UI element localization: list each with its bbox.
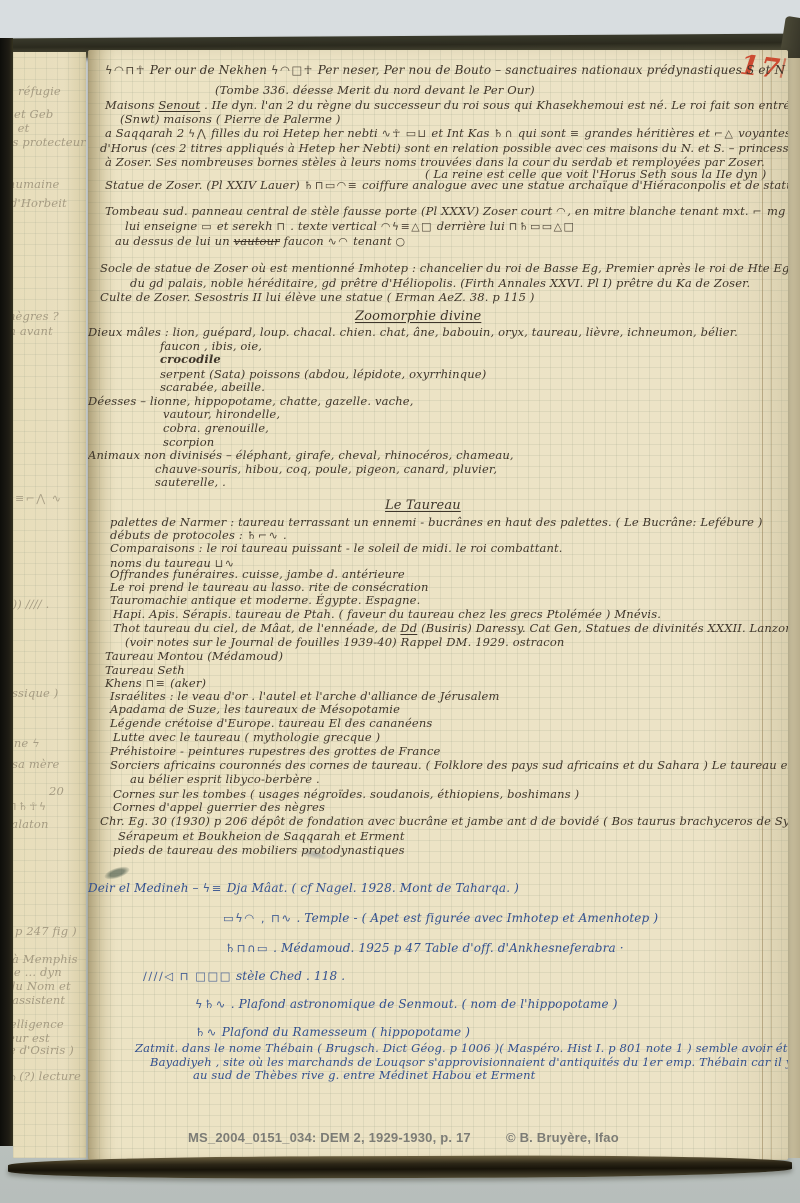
hieroglyph-group: ∿☥: [382, 127, 402, 140]
hieroglyph-group: ♄∩: [493, 127, 514, 140]
text-run: scorpion: [163, 435, 214, 449]
pencil-fragment: ⊓♄☥ϟ: [13, 800, 48, 813]
text-run: ns protecteurs: [13, 135, 86, 149]
manuscript-page: 17 MS_2004_0151_034: DEM 2, 1929-1930, p…: [88, 50, 788, 1160]
hieroglyph-group: ϟ◠⊓☥: [105, 63, 146, 77]
hieroglyph-group: ⌐△: [714, 127, 735, 140]
text-run: p 247 fig ): [15, 924, 77, 938]
text-run: serpent (Sata) poissons (abdou, lépidote…: [160, 367, 486, 381]
text-run: .: [279, 528, 287, 542]
page-bottom-edge: [8, 1155, 792, 1180]
text-run: coiffure analogue avec une statue archaï…: [358, 178, 788, 192]
text-run: l et: [13, 121, 29, 135]
text-run: au bélier esprit libyco-berbère .: [130, 772, 320, 786]
handwritten-line: du gd palais, noble héréditaire, gd prêt…: [130, 277, 750, 290]
text-run: , en mitre blanche tenant mxt.: [567, 204, 752, 218]
handwritten-line: crocodile: [160, 353, 221, 366]
text-run: l'assistent: [13, 993, 65, 1007]
text-run: . Temple - ( Apet est figurée avec Imhot…: [293, 911, 659, 925]
text-run: lui enseigne: [125, 219, 201, 233]
text-run: et serekh: [213, 219, 276, 233]
handwritten-line: Zatmit. dans le nome Thébain ( Brugsch. …: [135, 1042, 788, 1055]
handwritten-line: ▭ϟ◠ , ⊓∿ . Temple - ( Apet est figurée a…: [223, 912, 658, 925]
pencil-fragment: et Geb: [14, 108, 53, 121]
text-run: voyantes: [734, 126, 788, 140]
hieroglyph-group: ▭ϟ◠ , ⊓∿: [223, 911, 293, 925]
text-run: grandes héritières et: [581, 126, 714, 140]
text-run: Cornes sur les tombes ( usages négroïdes…: [113, 787, 579, 801]
hieroglyph-group: ♄⊓∩▭: [225, 941, 269, 955]
text-run: Hapi. Apis. Sérapis. taureau de Ptah. ( …: [113, 607, 661, 621]
text-run: . texte vertical: [286, 219, 380, 233]
handwritten-line: pieds de taureau des mobiliers protodyna…: [113, 844, 405, 857]
handwritten-line: ♄⊓∩▭ . Médamoud. 1925 p 47 Table d'off. …: [225, 942, 624, 955]
hieroglyph-group: ϟ♄∿: [195, 997, 227, 1011]
text-run: le … dyn: [13, 965, 62, 979]
hieroglyph-group: ⊓♄▭▭△□: [509, 220, 576, 233]
pencil-fragment: 'alaton: [13, 818, 49, 831]
text-run: derrière lui: [433, 219, 509, 233]
text-run: Socle de statue de Zoser où est mentionn…: [100, 261, 788, 275]
text-run: Israélites : le veau d'or . l'autel et l…: [110, 689, 500, 703]
text-run: Per our de Nekhen: [146, 63, 271, 77]
handwritten-line: ∕∕∕∕◁ ⊓ □□□ stèle Ched . 118 .: [143, 970, 345, 983]
handwritten-line: Cornes d'appel guerrier des nègres: [113, 801, 325, 814]
hieroglyph-group: ∿◠: [328, 235, 350, 248]
handwritten-line: Comparaisons : le roi taureau puissant -…: [110, 542, 563, 555]
text-run: faucon , ibis, oie,: [160, 339, 262, 353]
text-run: débuts de protocoles :: [110, 528, 247, 542]
text-run: Tauromachie antique et moderne. Égypte. …: [110, 593, 420, 607]
handwritten-line: au bélier esprit libyco-berbère .: [130, 773, 320, 786]
hieroglyph-group: ≡: [570, 127, 581, 140]
handwritten-line: Chr. Eg. 30 (1930) p 206 dépôt de fondat…: [100, 815, 788, 828]
hieroglyph-group: ▭⊔: [406, 127, 428, 140]
text-run: Lutte avec le taureau ( mythologie grecq…: [113, 730, 380, 744]
text-run: et Int Kas: [428, 126, 494, 140]
text-run: ine ϟ: [13, 736, 40, 750]
notebook-spine: [0, 38, 13, 1146]
hieroglyph-group: ⊓: [276, 220, 286, 233]
pencil-fragment: ine ϟ: [13, 737, 40, 750]
text-run: Maisons: [105, 98, 158, 112]
handwritten-line: lui enseigne ▭ et serekh ⊓ . texte verti…: [125, 220, 575, 233]
hieroglyph-group: ϟ◠□☥: [271, 63, 314, 77]
text-run: Per neser, Per nou de Bouto – sanctuaire…: [314, 63, 785, 77]
handwritten-line: (Tombe 336. déesse Merit du nord devant …: [215, 84, 535, 97]
text-run: scarabée, abeille.: [160, 380, 265, 394]
text-run: . IIe dyn. l'an 2 du règne du successeur…: [200, 98, 788, 112]
text-run: au dessus de lui un: [115, 234, 234, 248]
text-run: Statue de Zoser. (Pl XXIV Lauer): [105, 178, 304, 192]
text-run: réfugie: [18, 84, 61, 98]
text-run: Senout: [158, 98, 200, 112]
text-run: du gd palais, noble héréditaire, gd prêt…: [130, 276, 750, 290]
handwritten-line: ϟ♄∿ . Plafond astronomique de Senmout. (…: [195, 998, 618, 1011]
text-run: . Plafond astronomique de Senmout. ( nom…: [227, 997, 618, 1011]
pencil-fragment: nègres ?: [13, 310, 59, 323]
text-run: sauterelle, .: [155, 475, 226, 489]
hieroglyph-group: ⊓♄☥ϟ: [13, 800, 48, 813]
copyright-notice: © B. Bruyère, Ifao: [506, 1130, 619, 1145]
text-run: maisons ( Pierre de Palerme ): [160, 112, 341, 126]
pencil-fragment: ns protecteurs: [13, 136, 86, 149]
text-run: Le Taureau: [385, 498, 461, 513]
pencil-fragment: ))) ∕∕∕∕ .: [13, 598, 49, 611]
text-run: 20: [49, 784, 64, 798]
text-run: Dd: [400, 621, 417, 635]
archive-reference: MS_2004_0151_034: DEM 2, 1929-1930, p. 1…: [188, 1130, 471, 1145]
text-run: vautour, hirondelle,: [163, 407, 280, 421]
text-run: Taureau Montou (Médamoud): [105, 649, 283, 663]
handwritten-line: (Snwt) maisons ( Pierre de Palerme ): [120, 113, 341, 126]
pencil-fragment: l'assistent: [13, 994, 65, 1007]
hieroglyph-group: ∕∕∕∕◁ ⊓ □□□: [143, 969, 232, 983]
text-run: stèle Ched . 118 .: [232, 969, 345, 983]
handwritten-line: Statue de Zoser. (Pl XXIV Lauer) ♄⊓▭◠≡ c…: [105, 179, 788, 192]
pencil-fragment: du Nom et: [13, 980, 71, 993]
hieroglyph-group: ◠ϟ≡△□: [381, 220, 433, 233]
handwritten-line: vautour, hirondelle,: [163, 408, 280, 421]
handwritten-line: Taureau Montou (Médamoud): [105, 650, 283, 663]
handwritten-line: Dieux mâles : lion, guépard, loup. chaca…: [88, 326, 738, 339]
handwritten-line: Hapi. Apis. Sérapis. taureau de Ptah. ( …: [113, 608, 661, 621]
text-run: palettes de Narmer : taureau terrassant …: [110, 515, 763, 529]
handwritten-line: (voir notes sur le Journal de fouilles 1…: [125, 636, 564, 649]
text-run: au sud de Thèbes rive g. entre Médinet H…: [193, 1068, 535, 1082]
text-run: ssique ): [13, 686, 58, 700]
text-run: Animaux non divinisés – éléphant, girafe…: [88, 448, 514, 462]
text-run: qui sont: [514, 126, 570, 140]
handwritten-line: au dessus de lui un vautour faucon ∿◠ te…: [115, 235, 407, 248]
text-run: filles du roi Hetep her nebti: [207, 126, 381, 140]
text-run: vautour: [234, 234, 280, 248]
handwritten-line: Apadama de Suze, les taureaux de Mésopot…: [110, 703, 400, 716]
pencil-fragment: humaine: [13, 178, 60, 191]
text-run: Thot taureau du ciel, de Mâat, de l'enné…: [113, 621, 400, 635]
pencil-fragment: l et: [13, 122, 29, 135]
pencil-fragment: d'Horbeit: [13, 197, 67, 210]
text-run: et Geb: [14, 107, 53, 121]
handwritten-line: Lutte avec le taureau ( mythologie grecq…: [113, 731, 380, 744]
hieroglyph-group: ♄⊓▭◠≡: [304, 179, 359, 192]
previous-page-fragment: réfugieet Gebl etns protecteurshumained'…: [13, 52, 86, 1158]
pencil-fragment: ssique ): [13, 687, 58, 700]
hieroglyph-group: ⌐: [753, 205, 764, 218]
text-run: faucon: [280, 234, 328, 248]
text-run: Dieux mâles : lion, guépard, loup. chaca…: [88, 325, 738, 339]
hieroglyph-group: ♄∿: [195, 1025, 218, 1039]
text-run: Culte de Zoser. Sesostris II lui élève u…: [100, 290, 535, 304]
handwritten-line: Maisons Senout . IIe dyn. l'an 2 du règn…: [105, 99, 788, 112]
hieroglyph-group: ≡⌐⋀ ∿: [15, 492, 62, 505]
text-run: à Memphis: [13, 952, 78, 966]
text-run: Le roi prend le taureau au lasso. rite d…: [110, 580, 429, 594]
handwritten-line: Tombeau sud. panneau central de stèle fa…: [105, 205, 788, 218]
text-run: Légende crétoise d'Europe. taureau El de…: [110, 716, 433, 730]
text-run: chauve-souris, hibou, coq, poule, pigeon…: [155, 462, 497, 476]
handwritten-line: Légende crétoise d'Europe. taureau El de…: [110, 717, 433, 730]
handwritten-line: Sérapeum et Boukheion de Saqqarah et Erm…: [118, 830, 405, 843]
text-run: telligence: [13, 1017, 64, 1031]
text-run: nègres ?: [13, 309, 59, 323]
text-run: Sérapeum et Boukheion de Saqqarah et Erm…: [118, 829, 405, 843]
text-run: 'alaton: [13, 817, 49, 831]
text-run: m avant: [13, 324, 53, 338]
text-run: Plafond du Ramesseum ( hippopotame ): [218, 1025, 470, 1039]
text-run: mg: [763, 204, 788, 218]
text-run: pieds de taureau des mobiliers protodyna…: [113, 843, 405, 857]
hieroglyph-group: ○: [396, 235, 407, 248]
text-run: Dja Mâat. ( cf Nagel. 1928. Mont de Taha…: [223, 881, 519, 895]
hieroglyph-group: ϟ⋀: [188, 127, 207, 140]
text-run: sa mère: [13, 757, 59, 771]
text-run: cobra. grenouille,: [163, 421, 269, 435]
text-run: (voir notes sur le Journal de fouilles 1…: [125, 635, 564, 649]
text-run: (?) lecture: [19, 1069, 81, 1083]
text-run: Préhistoire - peintures rupestres des gr…: [110, 744, 441, 758]
section-title-taureau: Le Taureau: [385, 499, 461, 512]
handwritten-line: a Saqqarah 2 ϟ⋀ filles du roi Hetep her …: [105, 127, 788, 140]
ink-smudge: [103, 864, 131, 882]
pencil-fragment: le … dyn: [13, 966, 62, 979]
handwritten-line: Culte de Zoser. Sesostris II lui élève u…: [100, 291, 535, 304]
handwritten-line: Sorciers africains couronnés des cornes …: [110, 759, 788, 772]
text-run: Bayadiyeh , site où les marchands de Lou…: [150, 1055, 788, 1069]
text-run: Comparaisons : le roi taureau puissant -…: [110, 541, 563, 555]
text-run: le d'Osiris ): [13, 1043, 74, 1057]
text-run: Zoomorphie divine: [355, 309, 481, 324]
text-run: du Nom et: [13, 979, 71, 993]
text-run: Cornes d'appel guerrier des nègres: [113, 800, 325, 814]
text-run: humaine: [13, 177, 60, 191]
pencil-fragment: p 247 fig ): [15, 925, 77, 938]
hieroglyph-group: ϟ≡: [203, 881, 223, 895]
hieroglyph-group: ♄: [13, 1070, 19, 1083]
handwritten-line: scarabée, abeille.: [160, 381, 265, 394]
text-run: crocodile: [160, 352, 221, 366]
text-run: (Tombe 336. déesse Merit du nord devant …: [215, 83, 535, 97]
pencil-fragment: 20: [49, 785, 64, 798]
text-run: . Médamoud. 1925 p 47 Table d'off. d'Ank…: [269, 941, 624, 955]
handwritten-line: Socle de statue de Zoser où est mentionn…: [100, 262, 788, 275]
text-run: Khens: [105, 676, 146, 690]
text-run: Offrandes funéraires. cuisse, jambe d. a…: [110, 567, 405, 581]
text-run: Déesses – lionne, hippopotame, chatte, g…: [88, 394, 414, 408]
hieroglyph-group: ◠: [556, 205, 567, 218]
handwritten-line: ♄∿ Plafond du Ramesseum ( hippopotame ): [195, 1026, 470, 1039]
pencil-fragment: m avant: [13, 325, 53, 338]
text-run: d'Horbeit: [13, 196, 67, 210]
handwritten-line: d'Horus (ces 2 titres appliqués à Hetep …: [100, 142, 788, 155]
text-run: (aker): [166, 676, 206, 690]
handwritten-line: Animaux non divinisés – éléphant, girafe…: [88, 449, 514, 462]
pencil-fragment: ≡⌐⋀ ∿: [15, 492, 62, 505]
handwritten-line: Deir el Medineh – ϟ≡ Dja Mâat. ( cf Nage…: [88, 882, 519, 895]
text-run: tenant: [349, 234, 395, 248]
section-title-zoomorphie: Zoomorphie divine: [355, 310, 481, 323]
pencil-fragment: sa mère: [13, 758, 59, 771]
handwritten-line: sauterelle, .: [155, 476, 226, 489]
text-run: Zatmit. dans le nome Thébain ( Brugsch. …: [135, 1041, 788, 1055]
handwritten-line: Préhistoire - peintures rupestres des gr…: [110, 745, 441, 758]
pencil-fragment: le d'Osiris ): [13, 1044, 74, 1057]
text-run: (Busiris) Daressy. Cat Gen, Statues de d…: [417, 621, 788, 635]
scanned-notebook-photo: { "document": { "page_number": "17", "fo…: [0, 0, 800, 1203]
text-run: Apadama de Suze, les taureaux de Mésopot…: [110, 702, 400, 716]
text-run: a Saqqarah 2: [105, 126, 188, 140]
hieroglyph-group: ▭: [201, 220, 213, 233]
text-run: d'Horus (ces 2 titres appliqués à Hetep …: [100, 141, 788, 155]
text-run: Chr. Eg. 30 (1930) p 206 dépôt de fondat…: [100, 814, 788, 828]
handwritten-line: Thot taureau du ciel, de Mâat, de l'enné…: [113, 622, 788, 635]
text-run: Sorciers africains couronnés des cornes …: [110, 758, 788, 772]
text-run: Taureau Seth: [105, 663, 185, 677]
handwritten-line: au sud de Thèbes rive g. entre Médinet H…: [193, 1069, 535, 1082]
pencil-fragment: telligence: [13, 1018, 64, 1031]
handwritten-line: Tauromachie antique et moderne. Égypte. …: [110, 594, 420, 607]
handwritten-line: ϟ◠⊓☥ Per our de Nekhen ϟ◠□☥ Per neser, P…: [105, 64, 785, 77]
text-run: Tombeau sud. panneau central de stèle fa…: [105, 204, 556, 218]
text-run: ))) ∕∕∕∕ .: [13, 597, 49, 611]
pencil-fragment: réfugie: [18, 85, 61, 98]
text-run: Deir el Medineh –: [88, 881, 203, 895]
pencil-fragment: ♄(?) lecture: [13, 1070, 81, 1083]
handwritten-line: cobra. grenouille,: [163, 422, 269, 435]
text-run: (Snwt): [120, 112, 160, 126]
